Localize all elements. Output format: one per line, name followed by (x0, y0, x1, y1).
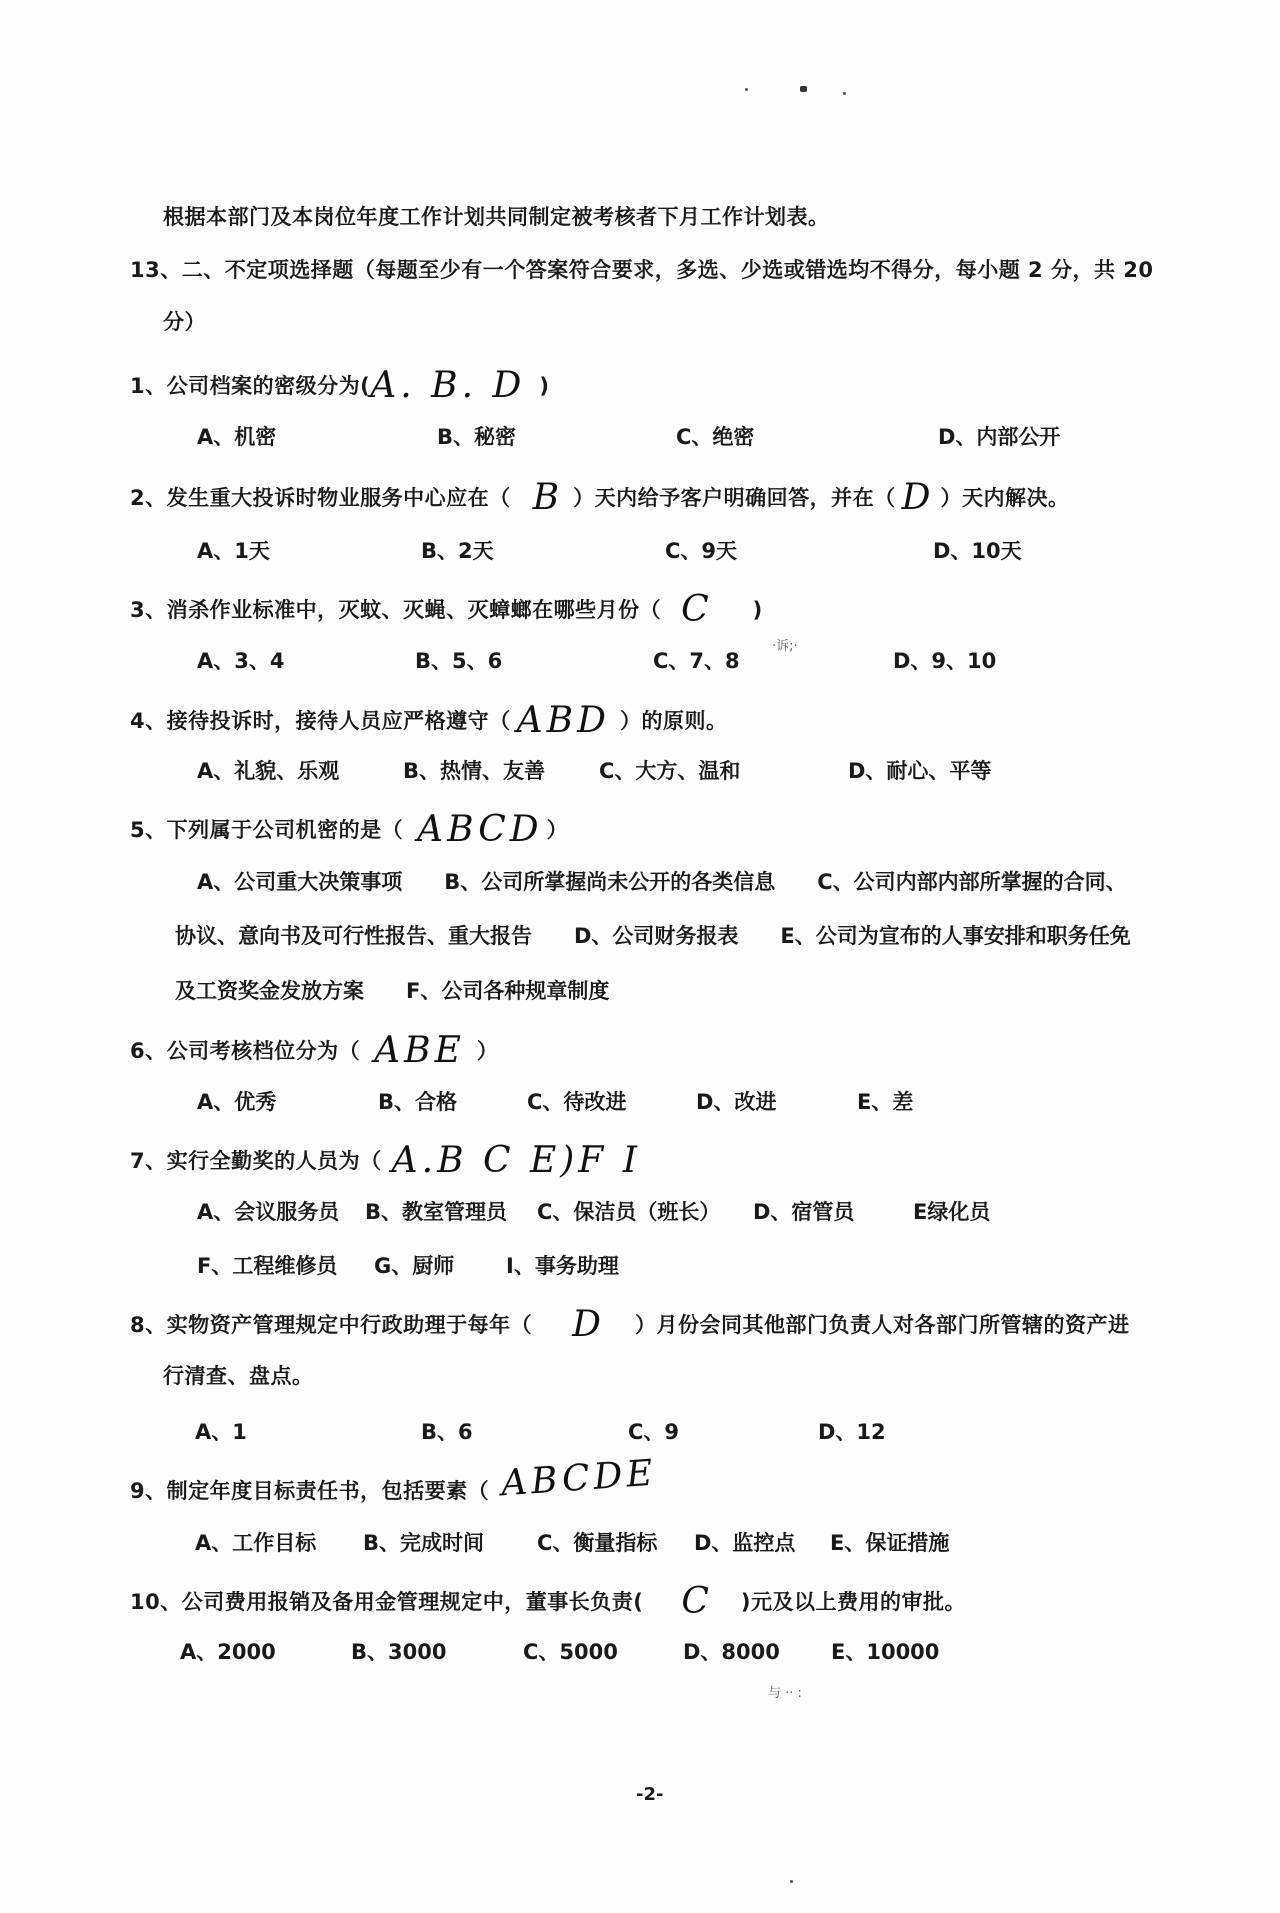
q6-option-b: B、合格 (378, 1088, 457, 1116)
scan-speck (800, 86, 807, 92)
q3-option-d: D、9、10 (893, 647, 996, 675)
q4-option-b: B、热情、友善 (403, 757, 545, 785)
q4-option-d: D、耐心、平等 (848, 757, 991, 785)
scan-speck (745, 88, 748, 91)
q3-option-c: C、7、8 (653, 647, 740, 675)
q6-option-c: C、待改进 (527, 1088, 626, 1116)
question-7: 7、实行全勤奖的人员为（A.B C E)F I (130, 1143, 641, 1175)
handwritten-answer: A.B C E)F I (392, 1147, 641, 1175)
question-5: 5、下列属于公司机密的是（ABCD） (130, 812, 568, 844)
q5-options-line-2: 协议、意向书及可行性报告、重大报告 D、公司财务报表 E、公司为宣布的人事安排和… (175, 922, 1131, 950)
q10-option-c: C、5000 (523, 1638, 618, 1666)
q9-option-a: A、工作目标 (195, 1529, 316, 1557)
section-header: 13、二、不定项选择题（每题至少有一个答案符合要求，多选、少选或错选均不得分，每… (130, 256, 1154, 284)
question-8-cont: 行清查、盘点。 (163, 1362, 314, 1390)
q4-option-c: C、大方、温和 (599, 757, 740, 785)
q7-option-g: G、厨师 (374, 1252, 454, 1280)
handwritten-answer: ABCD (417, 816, 543, 844)
question-3: 3、消杀作业标准中，灭蚊、灭蝇、灭蟑螂在哪些月份（C) (130, 592, 763, 624)
q3-option-a: A、3、4 (197, 647, 284, 675)
section-header-cont: 分） (163, 308, 206, 336)
q1-option-d: D、内部公开 (938, 423, 1060, 451)
q9-option-d: D、监控点 (694, 1529, 795, 1557)
q6-option-a: A、优秀 (197, 1088, 276, 1116)
q2-option-d: D、10天 (933, 537, 1022, 565)
q7-option-a: A、会议服务员 (197, 1198, 339, 1226)
handwritten-answer: ABD (517, 707, 610, 735)
q8-option-c: C、9 (628, 1418, 679, 1446)
scan-smudge: 与 ·· : (768, 1682, 802, 1701)
q5-options-line-3: 及工资奖金发放方案 F、公司各种规章制度 (175, 977, 609, 1005)
question-6: 6、公司考核档位分为（ABE） (130, 1033, 498, 1065)
q2-option-b: B、2天 (421, 537, 494, 565)
intro-line: 根据本部门及本岗位年度工作计划共同制定被考核者下月工作计划表。 (163, 203, 830, 231)
scan-smudge: ·诉;· (772, 635, 798, 654)
q5-options-line-1: A、公司重大决策事项 B、公司所掌握尚未公开的各类信息 C、公司内部内部所掌握的… (197, 868, 1127, 896)
q6-option-d: D、改进 (696, 1088, 776, 1116)
scan-speck (843, 92, 846, 95)
q10-option-a: A、2000 (180, 1638, 276, 1666)
handwritten-answer: B (533, 484, 563, 512)
q1-option-a: A、机密 (197, 423, 276, 451)
handwritten-answer: C (681, 596, 713, 624)
q6-option-e: E、差 (857, 1088, 913, 1116)
q9-option-c: C、衡量指标 (537, 1529, 657, 1557)
exam-page: 根据本部门及本岗位年度工作计划共同制定被考核者下月工作计划表。 13、二、不定项… (0, 0, 1280, 1913)
question-9: 9、制定年度目标责任书，包括要素（ABCDE (130, 1473, 657, 1505)
q7-option-e: E绿化员 (913, 1198, 990, 1226)
q2-option-a: A、1天 (197, 537, 270, 565)
q3-option-b: B、5、6 (415, 647, 502, 675)
q10-option-e: E、10000 (831, 1638, 939, 1666)
q7-option-f: F、工程维修员 (197, 1252, 337, 1280)
q7-option-d: D、宿管员 (753, 1198, 854, 1226)
q8-option-b: B、6 (421, 1418, 473, 1446)
scan-speck (790, 1880, 793, 1883)
q7-option-b: B、教室管理员 (365, 1198, 507, 1226)
handwritten-answer-2: D (902, 484, 935, 512)
q7-option-c: C、保洁员（班长） (537, 1198, 720, 1226)
question-8: 8、实物资产管理规定中行政助理于每年（D）月份会同其他部门负责人对各部门所管辖的… (130, 1307, 1130, 1339)
q4-option-a: A、礼貌、乐观 (197, 757, 339, 785)
q8-option-d: D、12 (818, 1418, 886, 1446)
q2-option-c: C、9天 (665, 537, 737, 565)
q9-option-b: B、完成时间 (363, 1529, 484, 1557)
handwritten-answer: ABCDE (500, 1460, 657, 1499)
handwritten-answer: C (681, 1588, 713, 1616)
q8-option-a: A、1 (195, 1418, 247, 1446)
q9-option-e: E、保证措施 (830, 1529, 949, 1557)
question-2: 2、发生重大投诉时物业服务中心应在（B）天内给予客户明确回答，并在（D）天内解决… (130, 480, 1069, 512)
q10-option-d: D、8000 (683, 1638, 780, 1666)
q1-option-b: B、秘密 (437, 423, 516, 451)
handwritten-answer: D (572, 1311, 605, 1339)
handwritten-answer: ABE (374, 1037, 465, 1065)
q10-option-b: B、3000 (351, 1638, 446, 1666)
question-4: 4、接待投诉时，接待人员应严格遵守（ABD）的原则。 (130, 703, 727, 735)
q7-option-i: I、事务助理 (506, 1252, 619, 1280)
q1-option-c: C、绝密 (676, 423, 754, 451)
handwritten-answer: A. B. D (370, 372, 525, 400)
question-10: 10、公司费用报销及备用金管理规定中，董事长负责(C)元及以上费用的审批。 (130, 1584, 966, 1616)
page-number: -2- (636, 1784, 663, 1805)
question-1: 1、公司档案的密级分为(A. B. D) (130, 368, 549, 400)
